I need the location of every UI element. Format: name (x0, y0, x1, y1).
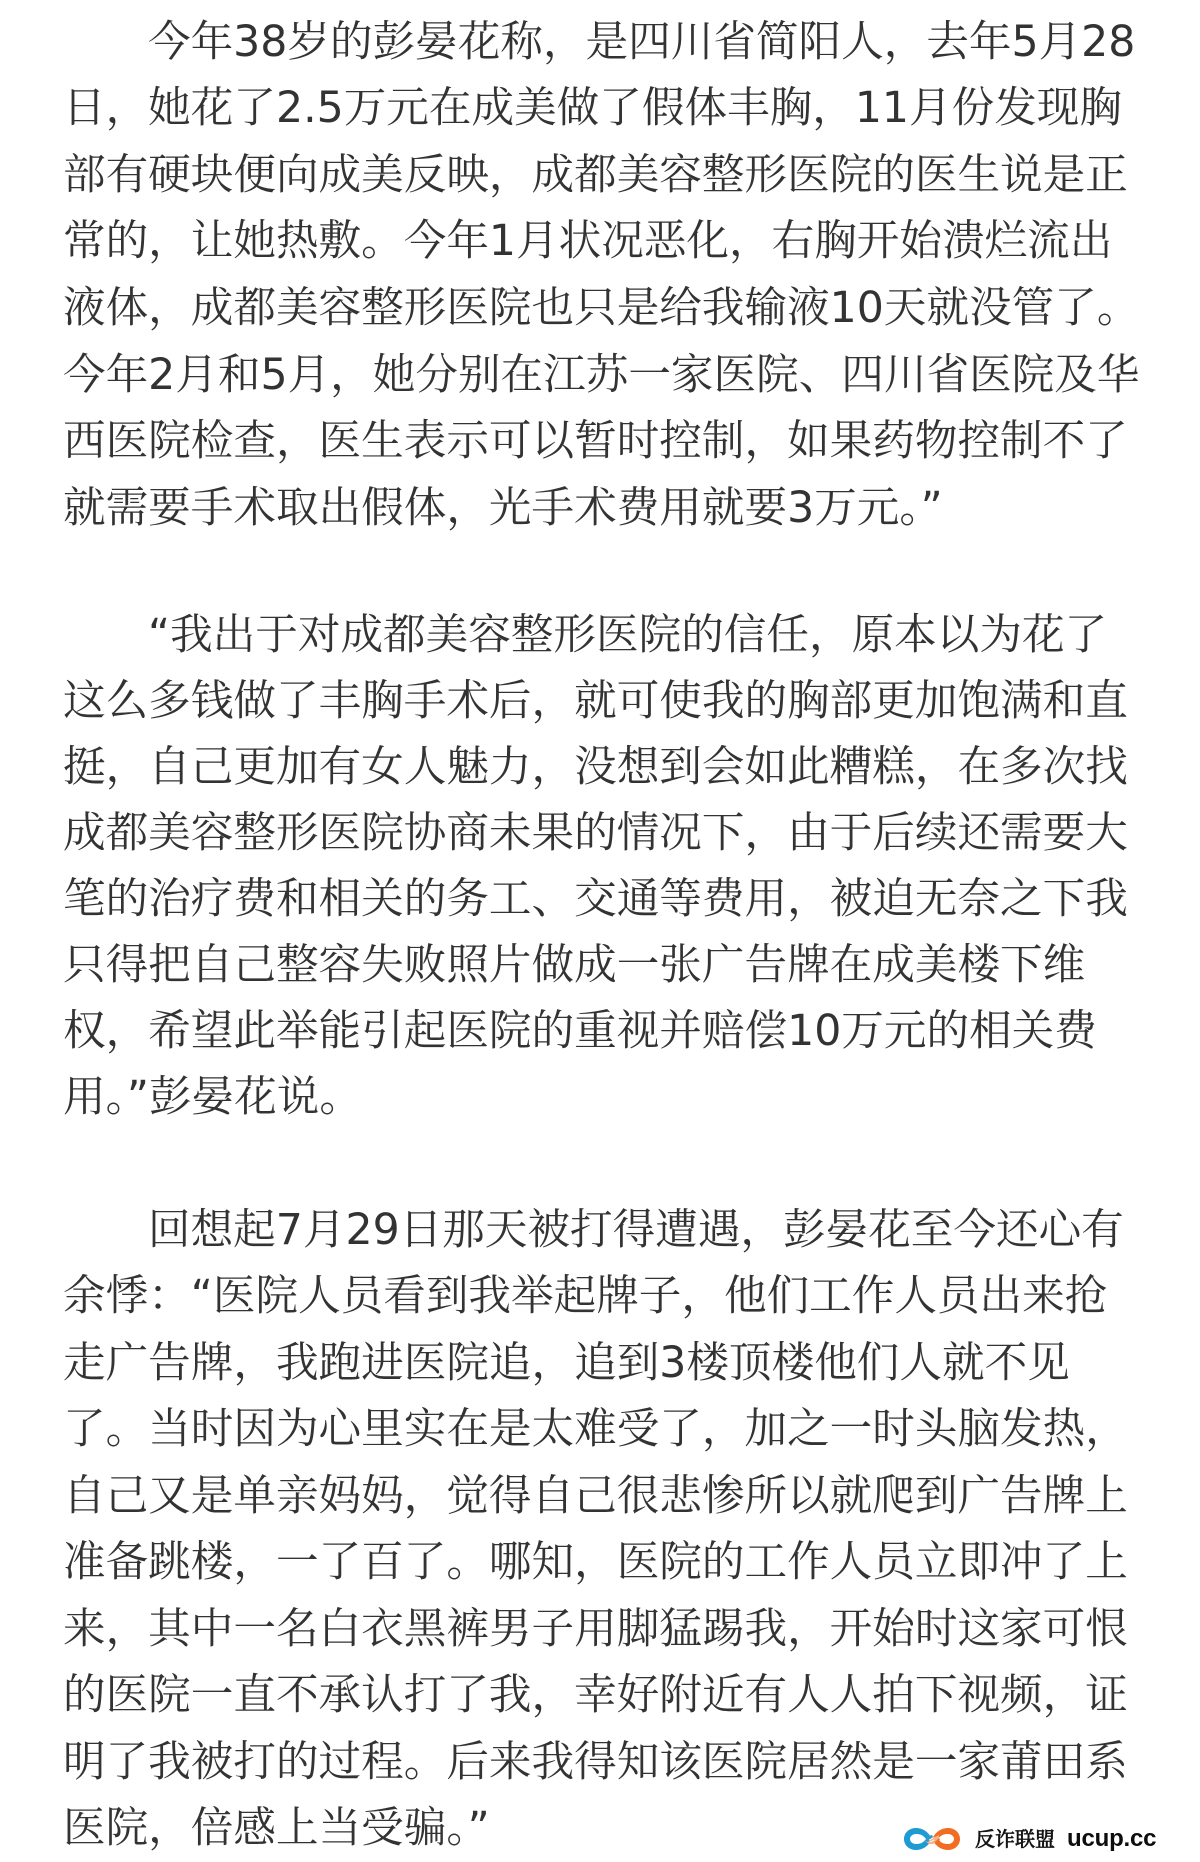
watermark-domain: ucup.cc (1067, 1825, 1156, 1853)
article-line: 回想起7月29日那天被打得遭遇，彭晏花至今还心有 (0, 1197, 1200, 1264)
article-line: 日，她花了2.5万元在成美做了假体丰胸，11月份发现胸 (0, 75, 1200, 142)
article-line: 走广告牌，我跑进医院追，追到3楼顶楼他们人就不见 (0, 1330, 1200, 1397)
article-line: 部有硬块便向成美反映，成都美容整形医院的医生说是正 (0, 142, 1200, 209)
paragraph-2: “我出于对成都美容整形医院的信任，原本以为花了 这么多钱做了丰胸手术后，就可使我… (0, 602, 1200, 1131)
article-line: 权，希望此举能引起医院的重视并赔偿10万元的相关费 (0, 998, 1200, 1064)
article-line: 明了我被打的过程。后来我得知该医院居然是一家莆田系 (0, 1729, 1200, 1796)
article-line: 余悸：“医院人员看到我举起牌子，他们工作人员出来抢 (0, 1263, 1200, 1330)
article-line: 常的，让她热敷。今年1月状况恶化，右胸开始溃烂流出 (0, 208, 1200, 275)
paragraph-3: 回想起7月29日那天被打得遭遇，彭晏花至今还心有 余悸：“医院人员看到我举起牌子… (0, 1197, 1200, 1862)
article-body: 今年38岁的彭晏花称，是四川省简阳人，去年5月28 日，她花了2.5万元在成美做… (0, 0, 1200, 1862)
article-line: 了。当时因为心里实在是太难受了，加之一时头脑发热， (0, 1396, 1200, 1463)
article-line: 西医院检查，医生表示可以暂时控制，如果药物控制不了 (0, 408, 1200, 475)
paragraph-1: 今年38岁的彭晏花称，是四川省简阳人，去年5月28 日，她花了2.5万元在成美做… (0, 9, 1200, 542)
infinity-handshake-logo-icon (902, 1825, 962, 1853)
article-line: 这么多钱做了丰胸手术后，就可使我的胸部更加饱满和直 (0, 668, 1200, 734)
article-line: 的医院一直不承认打了我，幸好附近有人人拍下视频，证 (0, 1662, 1200, 1729)
article-line: 来，其中一名白衣黑裤男子用脚猛踢我，开始时这家可恨 (0, 1596, 1200, 1663)
watermark: 反诈联盟 ucup.cc (902, 1824, 1156, 1854)
article-line: 液体，成都美容整形医院也只是给我输液10天就没管了。 (0, 275, 1200, 342)
article-line: 只得把自己整容失败照片做成一张广告牌在成美楼下维 (0, 932, 1200, 998)
article-line: 用。”彭晏花说。 (0, 1064, 1200, 1130)
article-line: 挺，自己更加有女人魅力，没想到会如此糟糕，在多次找 (0, 734, 1200, 800)
article-line: 自己又是单亲妈妈，觉得自己很悲惨所以就爬到广告牌上 (0, 1463, 1200, 1530)
article-line: 今年38岁的彭晏花称，是四川省简阳人，去年5月28 (0, 9, 1200, 76)
article-line: 准备跳楼，一了百了。哪知，医院的工作人员立即冲了上 (0, 1529, 1200, 1596)
article-line: 就需要手术取出假体，光手术费用就要3万元。” (0, 475, 1200, 542)
watermark-brand: 反诈联盟 (975, 1825, 1055, 1853)
article-line: “我出于对成都美容整形医院的信任，原本以为花了 (0, 602, 1200, 668)
article-line: 笔的治疗费和相关的务工、交通等费用，被迫无奈之下我 (0, 866, 1200, 932)
article-line: 成都美容整形医院协商未果的情况下，由于后续还需要大 (0, 800, 1200, 866)
article-line: 今年2月和5月，她分别在江苏一家医院、四川省医院及华 (0, 342, 1200, 409)
